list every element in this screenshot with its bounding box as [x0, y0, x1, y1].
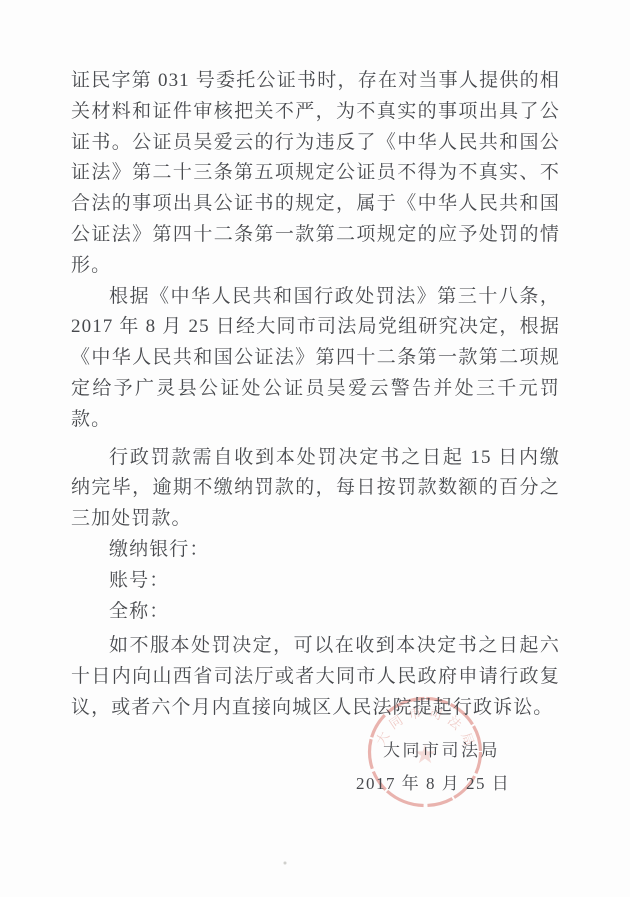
payment-bank-line: 缴纳银行：	[71, 535, 560, 566]
document-body: 证民字第 031 号委托公证书时，存在对当事人提供的相关材料和证件审核把关不严，…	[71, 66, 560, 724]
paragraph-fine-payment-terms: 行政罚款需自收到本处罚决定书之日起 15 日内缴纳完毕，逾期不缴纳罚款的，每日按…	[71, 443, 560, 535]
payment-name-line: 全称：	[71, 597, 560, 628]
signature-issuer: 大同市司法局	[383, 736, 500, 761]
document-page: 证民字第 031 号委托公证书时，存在对当事人提供的相关材料和证件审核把关不严，…	[0, 0, 630, 897]
signature-date: 2017 年 8 月 25 日	[356, 769, 510, 794]
payment-account-line: 账号：	[71, 566, 560, 597]
paragraph-appeal-rights: 如不服本处罚决定，可以在收到本决定书之日起六十日内向山西省司法厅或者大同市人民政…	[71, 631, 560, 723]
paragraph-penalty-decision: 根据《中华人民共和国行政处罚法》第三十八条，2017 年 8 月 25 日经大同…	[71, 282, 560, 436]
paragraph-violation-facts: 证民字第 031 号委托公证书时，存在对当事人提供的相关材料和证件审核把关不严，…	[71, 66, 560, 282]
